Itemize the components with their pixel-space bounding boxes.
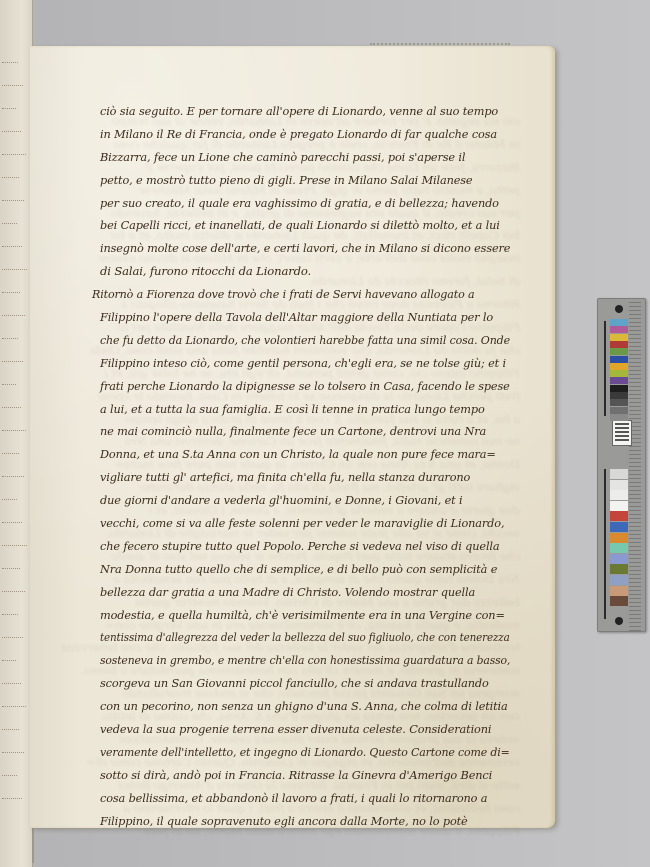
color-swatch [610,414,628,421]
left-page-ghost-line [2,246,22,249]
left-page-ghost-line [2,706,26,709]
manuscript-text: ciò sia seguito. E per tornare all'opere… [100,100,520,833]
left-page-ghost-line [2,591,25,594]
target-rail-top [604,321,606,416]
left-page-ghost-line [2,568,20,571]
left-page-ghost-line [2,85,23,88]
color-swatch [610,480,628,490]
color-swatch [610,363,628,370]
left-page-ghost-line [2,338,18,341]
color-swatch [610,319,628,326]
target-label [612,420,632,446]
left-page-ghost-line [2,223,17,226]
manuscript-line: di Salai, furono ritocchi da Lionardo. [100,260,520,283]
target-scale-ticks [629,299,641,631]
left-page-ghost-line [2,775,17,778]
left-page-ghost-line [2,177,19,180]
left-page-ghost-line [2,292,20,295]
color-swatch [610,543,628,553]
manuscript-line: per suo creato, il quale era vaghissimo … [100,192,510,215]
color-swatch [610,586,628,596]
color-swatch [610,554,628,564]
manuscript-line: vigliare tutti gl' artefici, ma finita c… [100,466,510,489]
manuscript-line: Ritornò a Fiorenza dove trovò che i frat… [92,283,502,306]
manuscript-line: ne mai cominciò nulla, finalmente fece u… [100,420,510,443]
color-swatch [610,522,628,532]
left-page-ghost-line [2,361,23,364]
color-swatch [610,490,628,500]
manuscript-line: vedeva la sua progenie terrena esser div… [100,718,510,741]
color-swatch [610,377,628,384]
manuscript-line: due giorni d'andare a vederla gl'huomini… [100,489,510,512]
manuscript-line: insegnò molte cose dell'arte, e certi la… [100,237,509,260]
manuscript-line: bellezza dar gratia a una Madre di Chris… [100,581,510,604]
manuscript-line: a lui, et a tutta la sua famiglia. E cos… [100,398,510,421]
target-hole-bottom [615,617,623,625]
manuscript-page: ciò sia seguito. E per tornare all'opere… [30,46,555,828]
manuscript-line: con un pecorino, non senza un ghigno d'u… [100,695,510,718]
manuscript-line: Nra Donna tutto quello che di semplice, … [100,558,510,581]
previous-page-edge [0,0,33,867]
left-page-ghost-line [2,499,17,502]
manuscript-line: petto, e mostrò tutto pieno di gigli. Pr… [100,169,510,192]
manuscript-line: che fecero stupire tutto quel Popolo. Pe… [100,535,510,558]
left-page-ghost-line [2,315,25,318]
color-swatch [610,501,628,511]
color-swatch [610,511,628,521]
color-swatch [610,469,628,479]
left-page-ghost-line [2,729,19,732]
manuscript-line: sotto si dirà, andò poi in Francia. Ritr… [100,764,510,787]
left-page-ghost-line [2,637,23,640]
color-swatch [610,575,628,585]
manuscript-line: sosteneva in grembo, e mentre ch'ella co… [100,649,492,672]
target-rail-bottom [604,469,606,619]
left-page-ghost-line [2,131,21,134]
color-swatch [610,407,628,414]
manuscript-line: Filippino l'opere della Tavola dell'Alta… [100,306,510,329]
left-page-ghost-line [2,453,19,456]
manuscript-line: Filippino inteso ciò, come gentil person… [100,352,510,375]
manuscript-line: frati perche Lionardo la dipignesse se l… [100,375,507,398]
color-swatch [610,392,628,399]
color-swatch [610,399,628,406]
color-swatch [610,564,628,574]
color-calibration-target [597,298,646,632]
color-swatch [610,596,628,606]
left-page-ghost-line [2,545,27,548]
target-hole-top [615,305,623,313]
color-swatch [610,341,628,348]
manuscript-line: Filippino, il quale sopravenuto egli anc… [100,810,510,833]
left-page-ghost-line [2,62,18,65]
color-swatch [610,385,628,392]
manuscript-line: Donna, et una S.ta Anna con un Christo, … [100,443,510,466]
color-swatch [610,533,628,543]
manuscript-line: bei Capelli ricci, et inanellati, de qua… [100,214,510,237]
left-page-ghost-line [2,614,18,617]
color-swatch [610,370,628,377]
left-page-ghost-line [2,407,21,410]
color-swatch [610,356,628,363]
left-page-ghost-line [2,200,24,203]
color-swatch [610,334,628,341]
manuscript-line: scorgeva un San Giovanni piccol fanciull… [100,672,510,695]
manuscript-line: tentissima d'allegrezza del veder la bel… [100,626,475,649]
left-page-ghost-line [2,108,16,111]
left-page-ghost-line [2,660,16,663]
manuscript-line: che fu detto da Lionardo, che volontieri… [100,329,500,352]
color-swatch [610,348,628,355]
left-page-ghost-line [2,384,16,387]
left-page-ghost-line [2,798,22,801]
left-page-ghost-line [2,476,24,479]
manuscript-line: ciò sia seguito. E per tornare all'opere… [100,100,510,123]
color-swatch [610,326,628,333]
manuscript-line: in Milano il Re di Francia, onde è prega… [100,123,510,146]
manuscript-line: modestia, e quella humiltà, ch'è verisim… [100,604,510,627]
manuscript-line: vecchi, come si va alle feste solenni pe… [100,512,510,535]
left-page-ghost-line [2,269,27,272]
manuscript-line: cosa bellissima, et abbandonò il lavoro … [100,787,510,810]
manuscript-line: Bizzarra, fece un Lione che caminò parec… [100,146,510,169]
left-page-ghost-line [2,683,21,686]
left-page-ghost-line [2,752,24,755]
left-page-ghost-line [2,522,22,525]
manuscript-line: veramente dell'intelletto, et ingegno di… [100,741,497,764]
left-page-ghost-line [2,430,26,433]
page-top-edge-wear [370,43,510,49]
left-page-ghost-line [2,154,26,157]
